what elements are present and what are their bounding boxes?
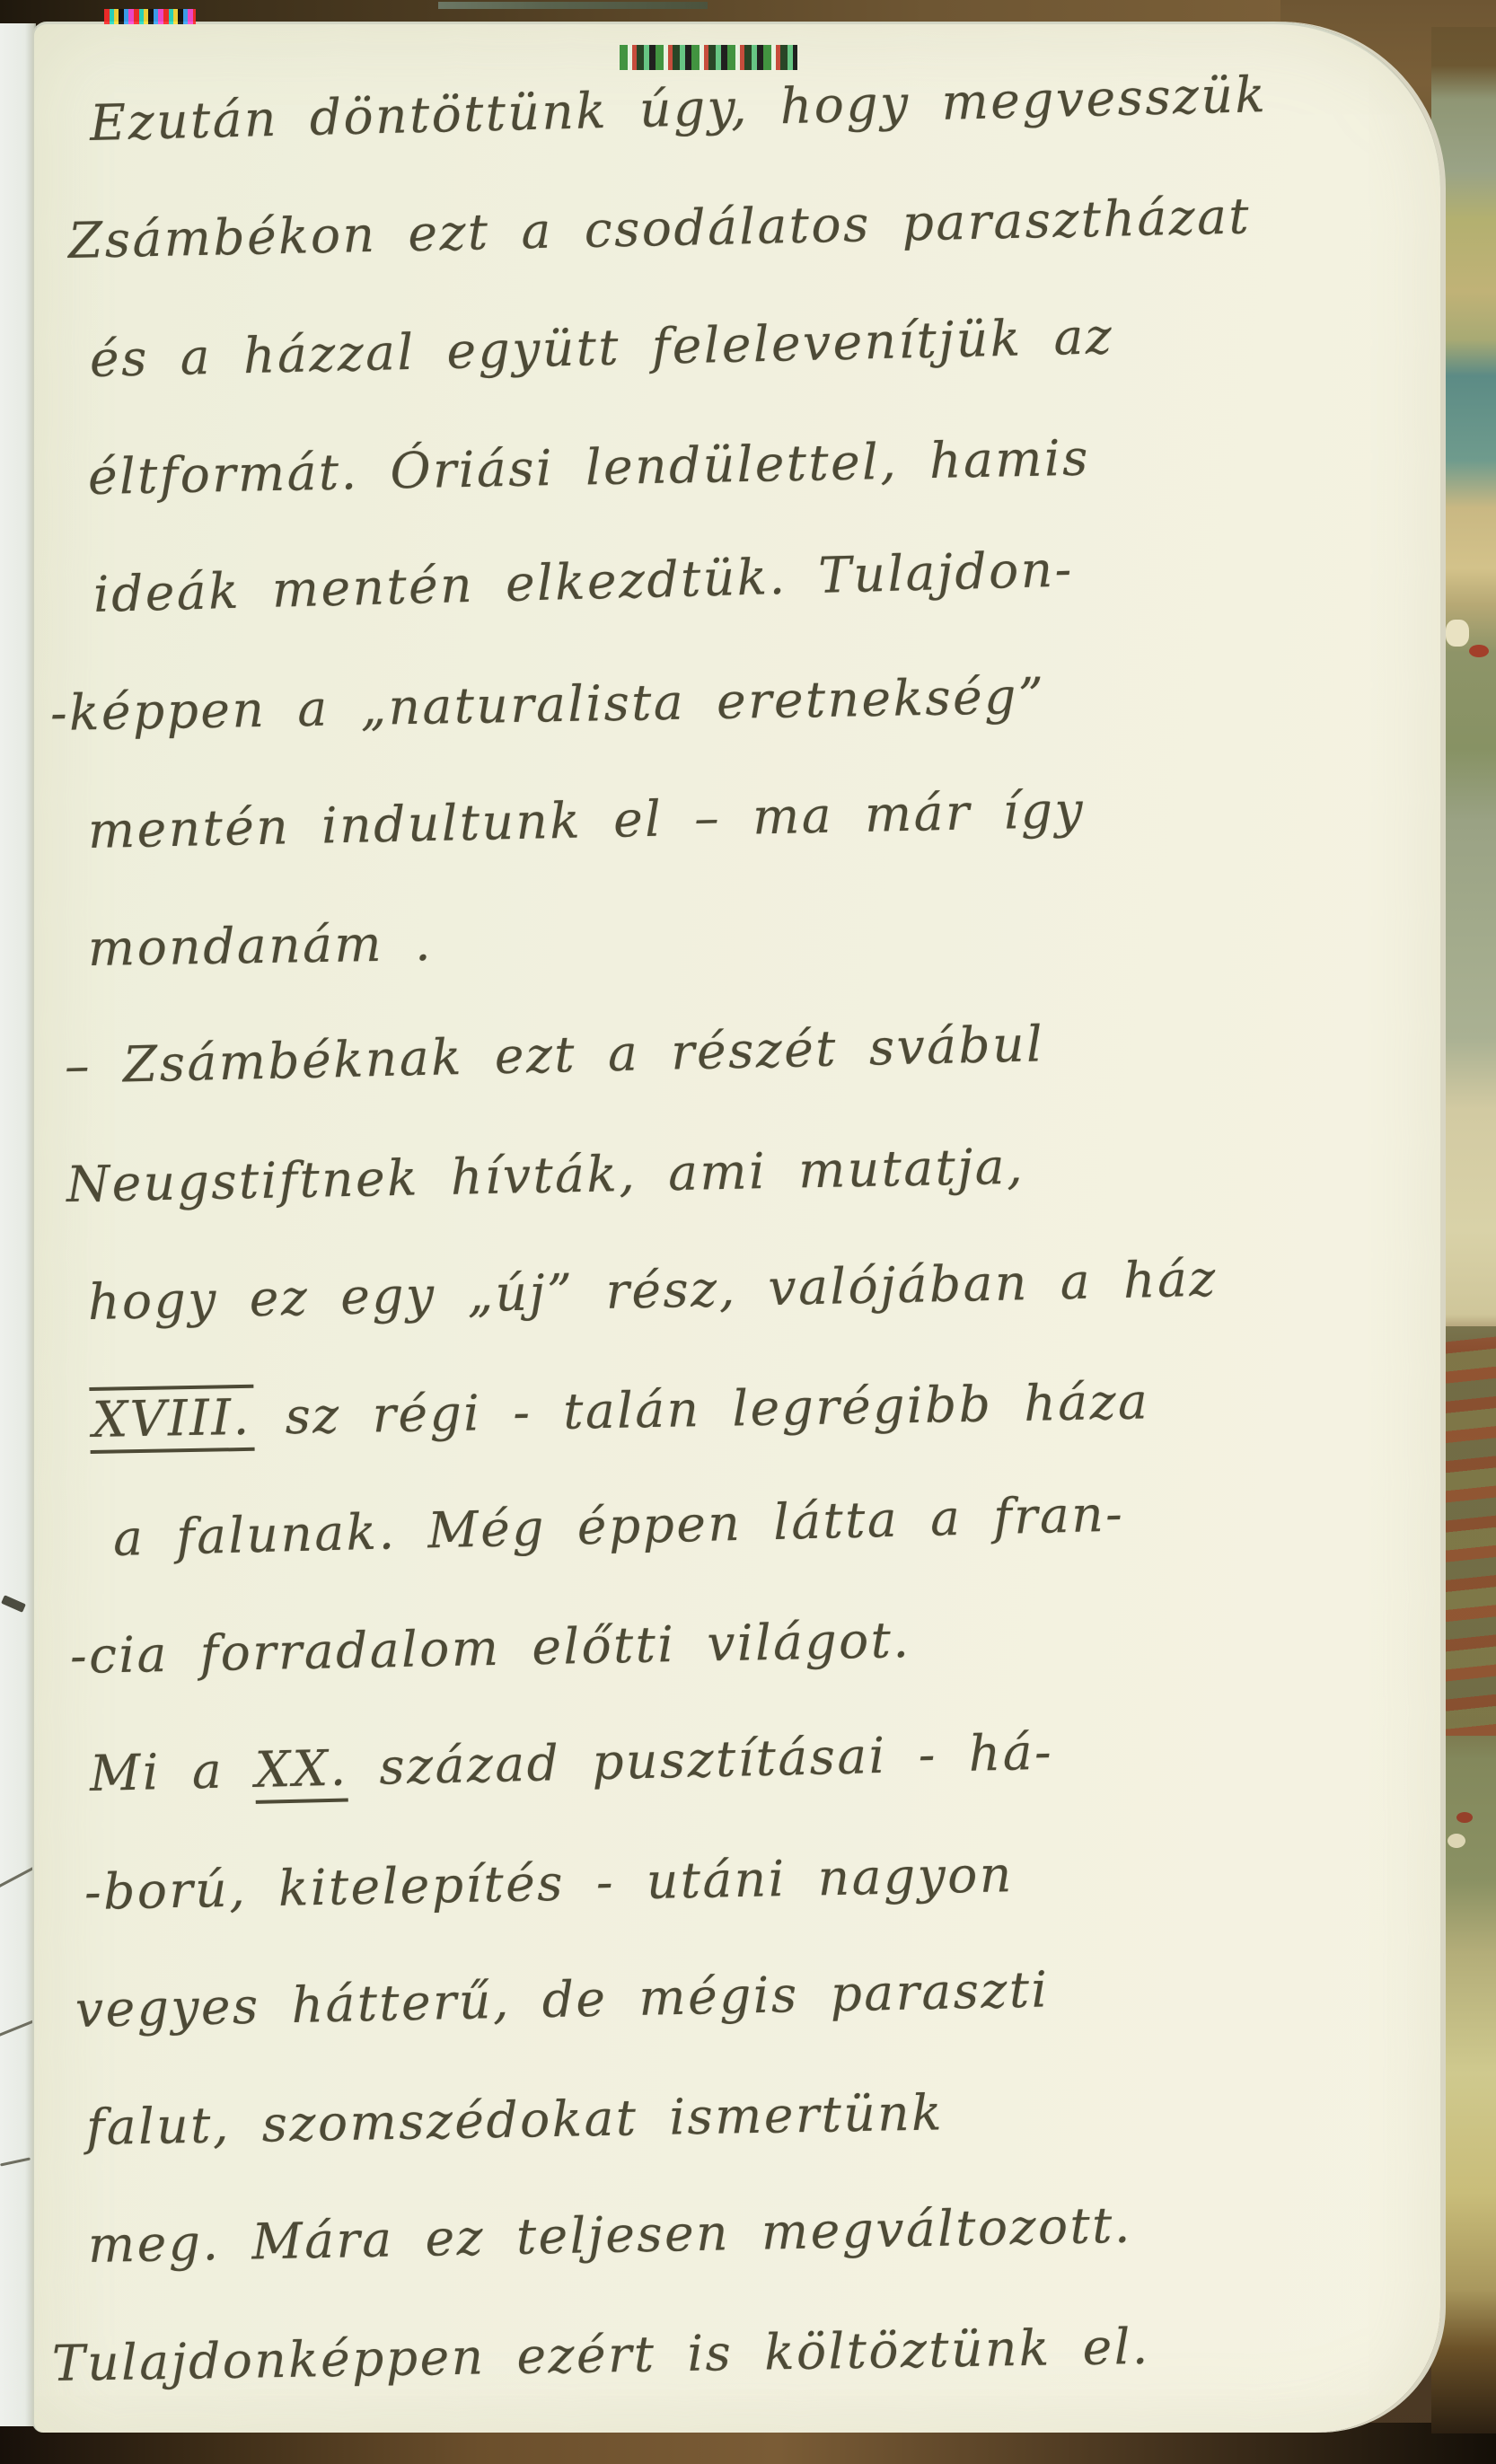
handwriting-segment: meg. Mára ez teljesen megváltozott. xyxy=(87,2196,1132,2274)
previous-page-edge xyxy=(0,23,36,2426)
handwriting-segment: ideák mentén elkezdtük. Tulajdon- xyxy=(92,541,1074,624)
handwriting-segment: Tulajdonképpen ezért is költöztünk el. xyxy=(51,2317,1150,2391)
notebook-photo: Ezután döntöttünk úgy, hogy megvesszükZs… xyxy=(0,0,1496,2464)
glitch-artifact xyxy=(438,2,708,9)
handwriting-segment: mondanám . xyxy=(87,914,433,977)
handwriting-segment: a falunak. Még éppen látta a fran- xyxy=(112,1484,1125,1567)
painting-dab xyxy=(1469,645,1489,657)
handwriting-segment: Zsámbékon ezt a csodálatos parasztházat xyxy=(67,188,1251,270)
handwriting-line: ideák mentén elkezdtük. Tulajdon- xyxy=(92,541,1074,624)
handwriting-segment: vegyes hátterű, de mégis paraszti xyxy=(75,1960,1050,2038)
handwriting-line: falut, szomszédokat ismertünk xyxy=(85,2083,944,2156)
handwriting-segment: hogy ez egy „új” rész, valójában a ház xyxy=(87,1250,1218,1331)
handwriting-segment: Neugstiftnek hívták, ami mutatja, xyxy=(66,1137,1025,1212)
handwriting-line: -cia forradalom előtti világot. xyxy=(69,1611,911,1685)
handwriting-line: meg. Mára ez teljesen megváltozott. xyxy=(87,2196,1132,2274)
handwriting-line: Tulajdonképpen ezért is költöztünk el. xyxy=(51,2317,1150,2391)
handwriting-segment: század pusztításai - há- xyxy=(348,1723,1054,1797)
painting-dab xyxy=(1446,620,1469,647)
handwriting-segment: falut, szomszédokat ismertünk xyxy=(85,2083,944,2156)
handwriting-line: – Zsámbéknak ezt a részét svábul xyxy=(64,1016,1045,1096)
handwriting-segment: -képpen a „naturalista eretnekség” xyxy=(49,666,1046,741)
adjacent-page-painting xyxy=(1431,27,1496,2433)
handwriting-line: vegyes hátterű, de mégis paraszti xyxy=(75,1960,1050,2038)
glitch-artifact xyxy=(104,9,196,24)
handwriting-line: Neugstiftnek hívták, ami mutatja, xyxy=(66,1137,1025,1212)
painting-dab xyxy=(1448,1834,1465,1848)
handwriting-line: és a házzal együtt felelevenítjük az xyxy=(89,307,1114,388)
handwriting-segment: éltformát. Óriási lendülettel, hamis xyxy=(87,428,1090,505)
handwriting-line: mentén indultunk el – ma már így xyxy=(87,781,1085,859)
handwriting-line: XVIII. sz régi - talán legrégibb háza xyxy=(89,1373,1149,1449)
handwriting-segment: Ezután döntöttünk úgy, hogy megvesszük xyxy=(89,66,1268,152)
handwriting-segment: XX. xyxy=(254,1739,348,1804)
pencil-mark xyxy=(0,2157,31,2166)
handwriting-segment: Mi a xyxy=(89,1741,256,1802)
glitch-artifact xyxy=(620,45,797,70)
handwriting-segment: -ború, kitelepítés - utáni nagyon xyxy=(84,1845,1014,1921)
handwriting-line: mondanám . xyxy=(87,914,433,977)
painting-vine-rows xyxy=(1431,1326,1496,1736)
pencil-mark xyxy=(1,1595,26,1613)
handwriting-segment: és a házzal együtt felelevenítjük az xyxy=(89,307,1114,388)
handwriting-segment: XVIII. xyxy=(89,1385,254,1454)
handwriting-line: éltformát. Óriási lendülettel, hamis xyxy=(87,428,1090,505)
handwriting-line: Zsámbékon ezt a csodálatos parasztházat xyxy=(67,188,1251,270)
handwriting-segment: mentén indultunk el – ma már így xyxy=(87,781,1085,859)
painting-dab xyxy=(1456,1812,1473,1823)
handwriting-segment: sz régi - talán legrégibb háza xyxy=(253,1373,1150,1446)
notebook-page: Ezután döntöttünk úgy, hogy megvesszükZs… xyxy=(32,22,1440,2433)
handwriting-line: -képpen a „naturalista eretnekség” xyxy=(49,666,1046,741)
handwriting-line: -ború, kitelepítés - utáni nagyon xyxy=(84,1845,1014,1921)
handwriting-line: Ezután döntöttünk úgy, hogy megvesszük xyxy=(89,66,1268,152)
handwriting-line: a falunak. Még éppen látta a fran- xyxy=(112,1484,1125,1567)
handwriting-line: hogy ez egy „új” rész, valójában a ház xyxy=(87,1250,1218,1331)
handwriting-segment: – Zsámbéknak ezt a részét svábul xyxy=(64,1016,1045,1096)
handwriting-segment: -cia forradalom előtti világot. xyxy=(69,1611,911,1685)
handwriting-line: Mi a XX. század pusztításai - há- xyxy=(89,1723,1053,1802)
